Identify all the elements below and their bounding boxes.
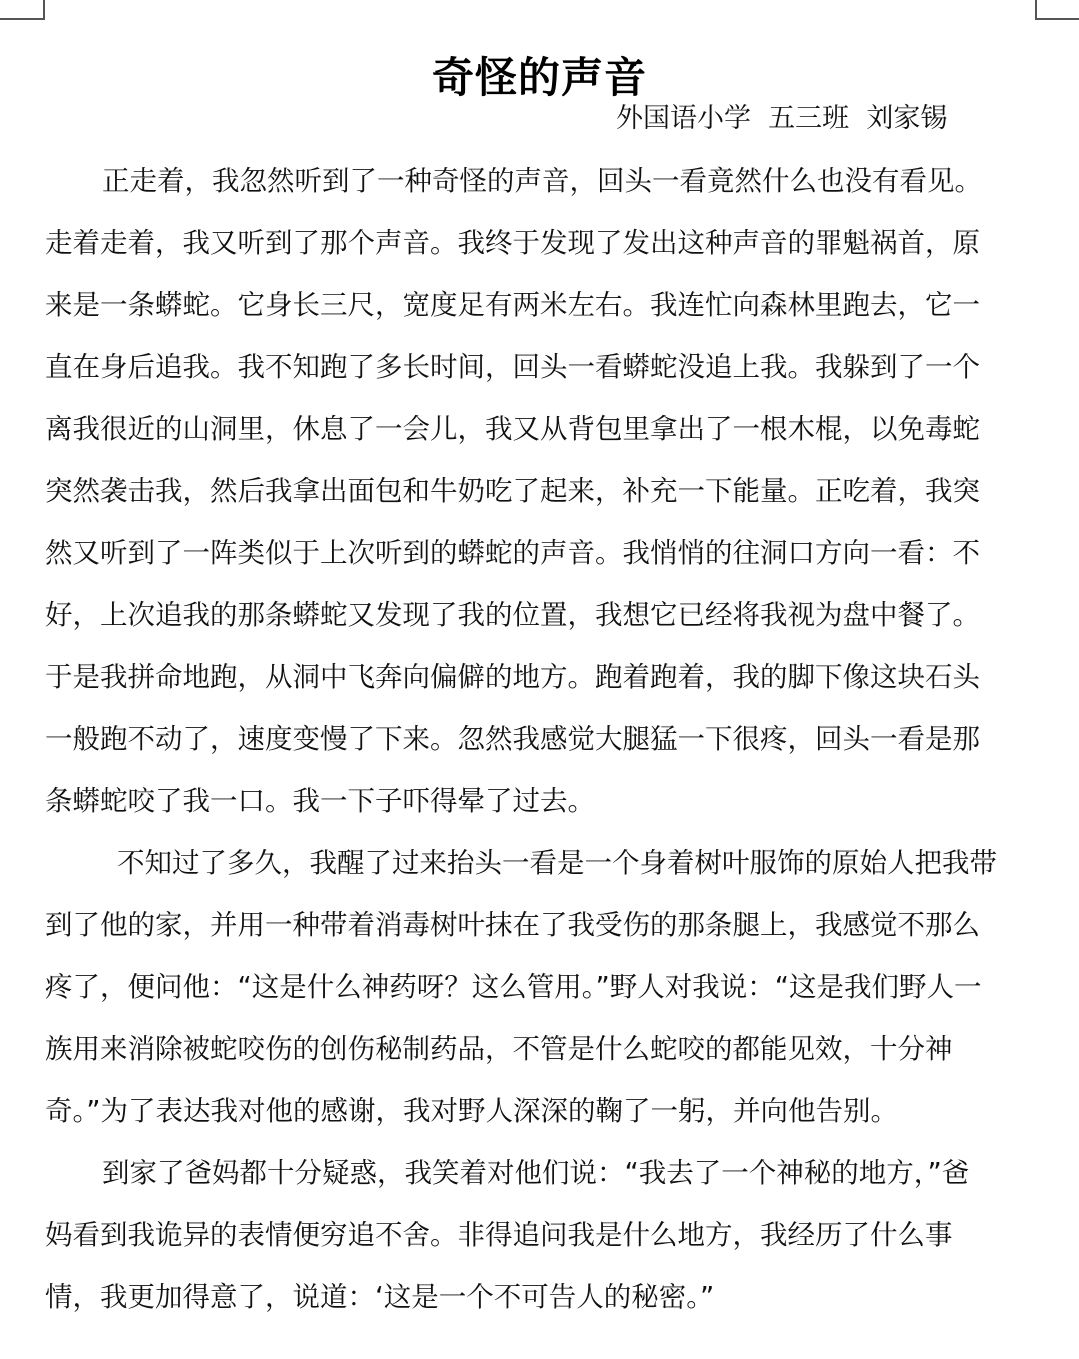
crop-mark-top-right [1035, 0, 1079, 20]
text-line: 走着走着，我又听到了那个声音。我终于发现了发出这种声音的罪魁祸首，原 [45, 212, 1035, 274]
text-line: 到家了爸妈都十分疑惑，我笑着对他们说：“我去了一个神秘的地方，”爸 [45, 1142, 1035, 1204]
text-line: 好，上次追我的那条蟒蛇又发现了我的位置，我想它已经将我视为盘中餐了。 [45, 584, 1035, 646]
text-line: 不知过了多久，我醒了过来抬头一看是一个身着树叶服饰的原始人把我带 [45, 832, 1035, 894]
document-title: 奇怪的声音 [0, 50, 1079, 106]
text-line: 于是我拼命地跑，从洞中飞奔向偏僻的地方。跑着跑着，我的脚下像这块石头 [45, 646, 1035, 708]
text-line: 到了他的家，并用一种带着消毒树叶抹在了我受伤的那条腿上，我感觉不那么 [45, 894, 1035, 956]
text-line: 族用来消除被蛇咬伤的创伤秘制药品，不管是什么蛇咬的都能见效，十分神 [45, 1018, 1035, 1080]
text-line: 一般跑不动了，速度变慢了下来。忽然我感觉大腿猛一下很疼，回头一看是那 [45, 708, 1035, 770]
text-line: 奇。”为了表达我对他的感谢，我对野人深深的鞠了一躬，并向他告别。 [45, 1080, 1035, 1142]
text-line: 离我很近的山洞里，休息了一会儿，我又从背包里拿出了一根木棍，以免毒蛇 [45, 398, 1035, 460]
paragraph-2: 不知过了多久，我醒了过来抬头一看是一个身着树叶服饰的原始人把我带 到了他的家，并… [45, 832, 1035, 1142]
text-line: 妈看到我诡异的表情便穷追不舍。非得追问我是什么地方，我经历了什么事 [45, 1204, 1035, 1266]
text-line: 条蟒蛇咬了我一口。我一下子吓得晕了过去。 [45, 770, 1035, 832]
text-line: 正走着，我忽然听到了一种奇怪的声音，回头一看竟然什么也没有看见。 [45, 150, 1035, 212]
text-line: 然又听到了一阵类似于上次听到的蟒蛇的声音。我悄悄的往洞口方向一看：不 [45, 522, 1035, 584]
crop-mark-top-left [0, 0, 45, 20]
text-line: 突然袭击我，然后我拿出面包和牛奶吃了起来，补充一下能量。正吃着，我突 [45, 460, 1035, 522]
author-byline: 外国语小学 五三班 刘家锡 [616, 100, 947, 138]
text-line: 疼了，便问他：“这是什么神药呀？这么管用。”野人对我说：“这是我们野人一 [45, 956, 1035, 1018]
text-line: 来是一条蟒蛇。它身长三尺，宽度足有两米左右。我连忙向森林里跑去，它一 [45, 274, 1035, 336]
text-line: 情，我更加得意了，说道：‘这是一个不可告人的秘密。” [45, 1266, 1035, 1328]
document-body: 正走着，我忽然听到了一种奇怪的声音，回头一看竟然什么也没有看见。 走着走着，我又… [45, 150, 1035, 1328]
text-line: 直在身后追我。我不知跑了多长时间，回头一看蟒蛇没追上我。我躲到了一个 [45, 336, 1035, 398]
paragraph-1: 正走着，我忽然听到了一种奇怪的声音，回头一看竟然什么也没有看见。 走着走着，我又… [45, 150, 1035, 832]
paragraph-3: 到家了爸妈都十分疑惑，我笑着对他们说：“我去了一个神秘的地方，”爸 妈看到我诡异… [45, 1142, 1035, 1328]
